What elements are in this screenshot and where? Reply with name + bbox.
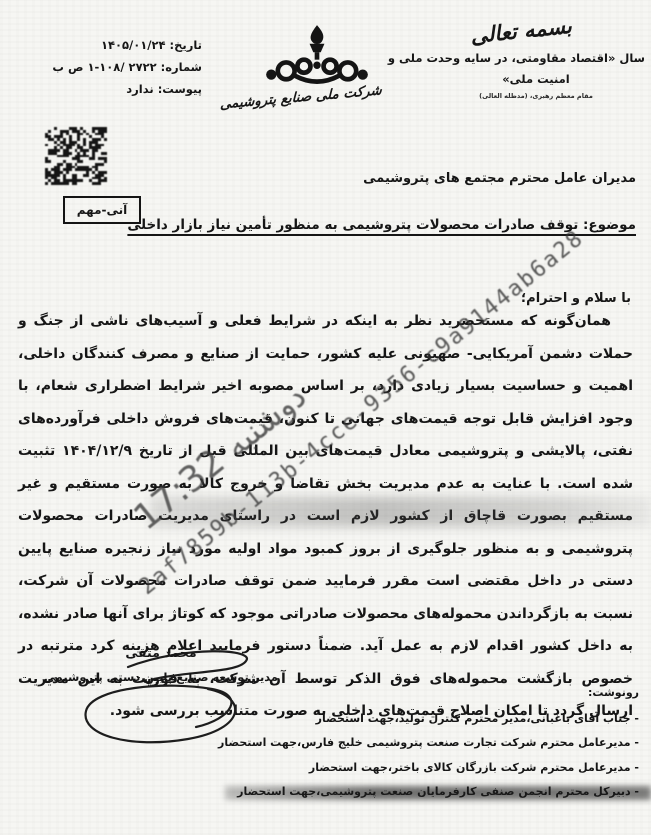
company-logo: شرکت ملی صنایع پتروشیمی — [252, 24, 382, 104]
letter-number: شماره: ۲۷۲۲ /۱۰۸-۱ ص ب — [12, 56, 202, 78]
qr-code — [45, 127, 107, 185]
year-slogan-line2: امنیت ملی» — [427, 72, 645, 86]
letter-attachment: پیوست: ندارد — [12, 78, 202, 100]
cc-item: - مدیرعامل محترم شرکت بازرگان کالای باخت… — [10, 756, 639, 781]
attachment-label: پیوست: — [158, 82, 202, 96]
date-label: تاریخ: — [170, 38, 202, 52]
date-value: ۱۴۰۵/۰۱/۲۴ — [101, 38, 166, 52]
cc-item: - دبیرکل محترم انجمن صنفی کارفرمایان صنع… — [10, 780, 639, 805]
company-name: شرکت ملی صنایع پتروشیمی — [252, 82, 382, 109]
besmellah-calligraphy: بسمه تعالی — [426, 8, 616, 53]
number-label: شماره: — [161, 60, 202, 74]
attachment-value: ندارد — [126, 82, 153, 96]
letter-meta-block: تاریخ: ۱۴۰۵/۰۱/۲۴ شماره: ۲۷۲۲ /۱۰۸-۱ ص ب… — [12, 34, 202, 100]
year-slogan-line1: سال «اقتصاد مقاومتی، در سایه وحدت ملی و — [427, 51, 645, 65]
subject-line: موضوع: توقف صادرات محصولات پتروشیمی به م… — [127, 217, 636, 233]
slogan-attribution: مقام معظم رهبری، (مدظله العالی) — [427, 92, 645, 100]
letterhead-right: بسمه تعالی سال «اقتصاد مقاومتی، در سایه … — [427, 18, 645, 100]
signature-block: محمد متقی مدیر توسعه صنایع پایین دستی پت… — [28, 645, 294, 684]
number-value: ۲۷۲۲ /۱۰۸-۱ ص ب — [52, 60, 156, 74]
petrochemical-emblem-icon — [261, 24, 373, 86]
signer-title: مدیر توسعه صنایع پایین دستی پتروشیمی — [28, 670, 294, 684]
recipient-line: مدیران عامل محترم مجتمع های پتروشیمی — [363, 171, 636, 186]
letter-date: تاریخ: ۱۴۰۵/۰۱/۲۴ — [12, 34, 202, 56]
scanned-letter-page: تاریخ: ۱۴۰۵/۰۱/۲۴ شماره: ۲۷۲۲ /۱۰۸-۱ ص ب… — [0, 0, 651, 835]
signer-name: محمد متقی — [28, 645, 294, 660]
salutation: با سلام و احترام؛ — [521, 291, 631, 306]
